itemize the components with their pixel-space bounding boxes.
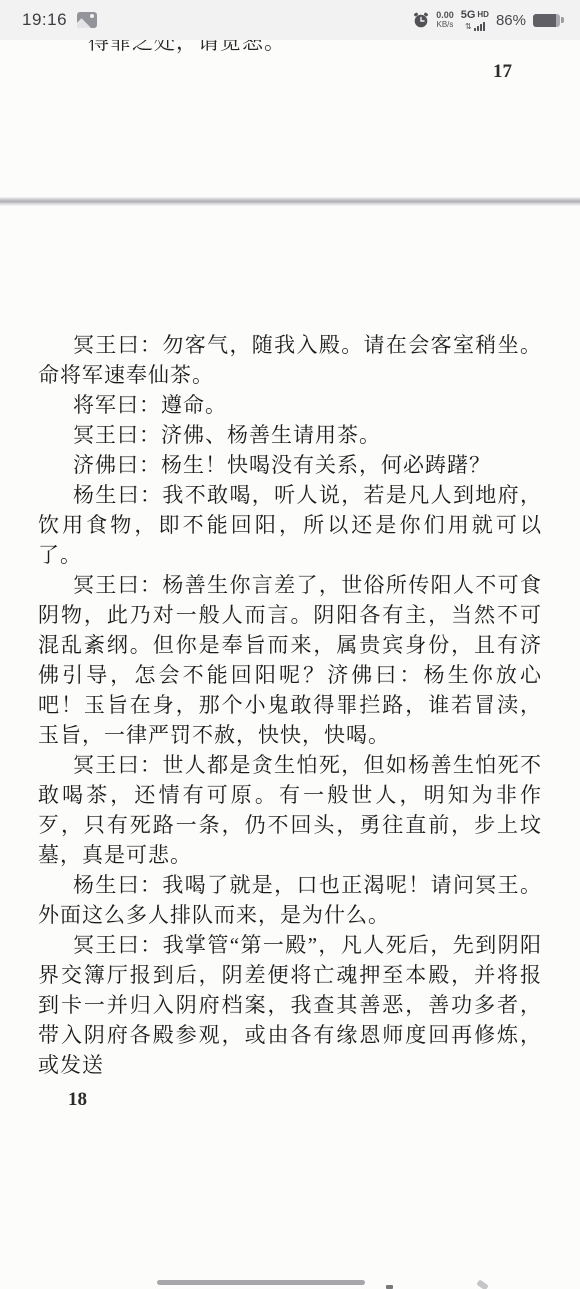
- home-indicator-handle[interactable]: [157, 1280, 365, 1285]
- paragraph: 冥王曰：济佛、杨善生请用茶。: [38, 420, 542, 450]
- page-number-17: 17: [493, 61, 512, 83]
- hd-badge: HD: [477, 10, 489, 19]
- paragraph: 冥王曰：我掌管“第一殿”，凡人死后，先到阴阳界交簿厅报到后，阴差便将亡魂押至本殿…: [38, 930, 542, 1080]
- alarm-clock-icon: [413, 12, 429, 28]
- page-separator: [0, 197, 580, 206]
- network-type-label: 5G: [461, 11, 476, 20]
- paragraph: 杨生曰：我喝了就是，口也正渴呢！请问冥王。外面这么多人排队而来，是为什么。: [38, 870, 542, 930]
- network-speed-unit: KB/s: [437, 20, 454, 29]
- battery-icon: [533, 14, 564, 27]
- current-page[interactable]: 冥王曰：勿客气，随我入殿。请在会客室稍坐。命将军速奉仙茶。 将军曰：遵命。 冥王…: [0, 206, 580, 1289]
- paragraph: 冥王曰：世人都是贪生怕死，但如杨善生怕死不敢喝茶，还情有可原。有一般世人，明知为…: [38, 750, 542, 870]
- status-bar-right: 0.00 KB/s 5G HD ⇅ 86%: [413, 10, 564, 31]
- data-arrows-icon: ⇅: [465, 22, 472, 31]
- clock-time: 19:16: [22, 10, 67, 30]
- previous-page-last-line: 得罪之处，请宽恕。: [88, 40, 508, 59]
- previous-page[interactable]: 得罪之处，请宽恕。 17: [0, 40, 580, 197]
- paragraph: 将军曰：遵命。: [38, 390, 542, 420]
- page-number-18: 18: [68, 1089, 580, 1111]
- battery-percent: 86%: [496, 12, 526, 29]
- network-speed-value: 0.00: [436, 11, 454, 20]
- paragraph: 冥王曰：勿客气，随我入殿。请在会客室稍坐。命将军速奉仙茶。: [38, 330, 542, 390]
- cell-signal: 5G HD ⇅: [461, 10, 489, 31]
- next-page-fragment: [386, 1285, 393, 1289]
- photo-icon: [77, 12, 97, 28]
- signal-bars-icon: ⇅: [465, 22, 485, 31]
- network-speed: 0.00 KB/s: [436, 11, 454, 29]
- paragraph: 冥王曰：杨善生你言差了，世俗所传阳人不可食阴物，此乃对一般人而言。阴阳各有主，当…: [38, 570, 542, 750]
- paragraph: 济佛曰：杨生！快喝没有关系，何必踌躇？: [38, 450, 542, 480]
- paragraph: 杨生曰：我不敢喝，听人说，若是凡人到地府，饮用食物，即不能回阳，所以还是你们用就…: [38, 480, 542, 570]
- status-bar: 19:16 0.00 KB/s 5G HD ⇅ 86%: [0, 0, 580, 40]
- body-text: 冥王曰：勿客气，随我入殿。请在会客室稍坐。命将军速奉仙茶。 将军曰：遵命。 冥王…: [38, 330, 542, 1080]
- status-bar-left: 19:16: [22, 10, 97, 30]
